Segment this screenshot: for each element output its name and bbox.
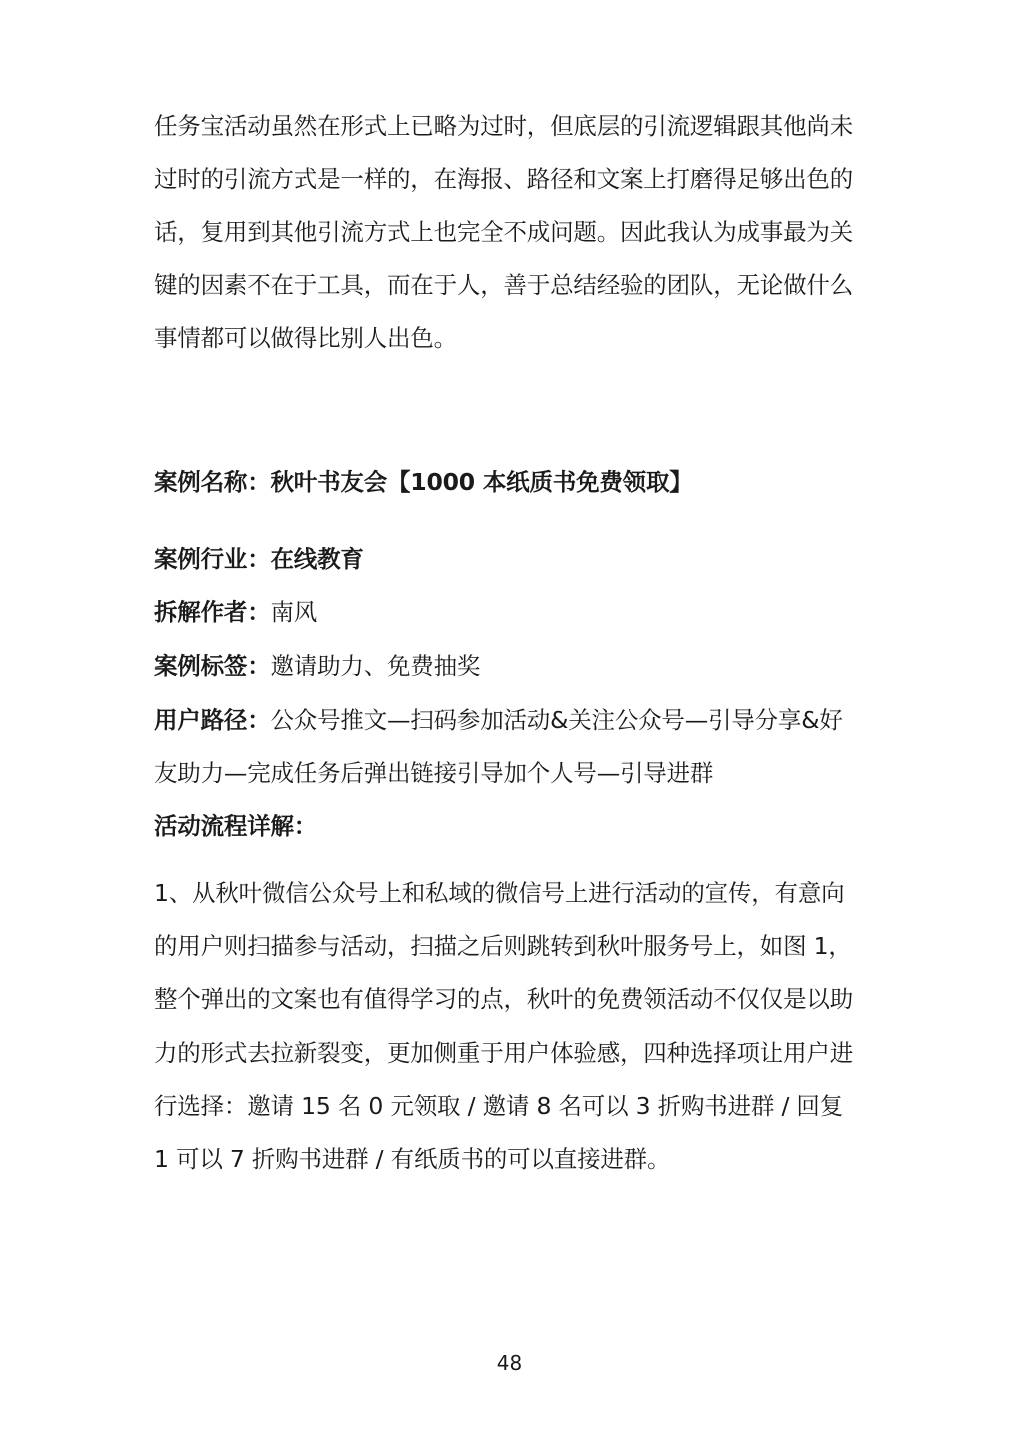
user-path-value: 公众号推文—扫码参加活动&关注公众号—引导分享&好 — [271, 706, 843, 734]
paragraph-line: 行选择：邀请 15 名 0 元领取 / 邀请 8 名可以 3 折购书进群 / 回… — [154, 1090, 843, 1122]
case-name-label: 案例名称： — [154, 468, 271, 496]
case-industry-label: 案例行业： — [154, 545, 271, 573]
paragraph-line: 1、从秋叶微信公众号上和私域的微信号上进行活动的宣传，有意向 — [154, 877, 844, 909]
paragraph-line: 事情都可以做得比别人出色。 — [154, 322, 457, 354]
case-name-value: 秋叶书友会【1000 本纸质书免费领取】 — [271, 468, 693, 496]
paragraph-line: 键的因素不在于工具，而在于人，善于总结经验的团队，无论做什么 — [154, 269, 853, 301]
page-number: 48 — [0, 1350, 1019, 1376]
process-heading: 活动流程详解： — [154, 810, 317, 842]
case-industry-row: 案例行业：在线教育 — [154, 543, 364, 575]
user-path-label: 用户路径： — [154, 706, 271, 734]
paragraph-line: 过时的引流方式是一样的，在海报、路径和文案上打磨得足够出色的 — [154, 163, 853, 195]
case-author-row: 拆解作者：南风 — [154, 596, 317, 628]
case-industry-value: 在线教育 — [271, 545, 364, 573]
paragraph-line: 整个弹出的文案也有值得学习的点，秋叶的免费领活动不仅仅是以助 — [154, 983, 853, 1015]
case-tags-value: 邀请助力、免费抽奖 — [271, 652, 481, 680]
case-author-value: 南风 — [271, 598, 318, 626]
paragraph-line: 力的形式去拉新裂变，更加侧重于用户体验感，四种选择项让用户进 — [154, 1037, 853, 1069]
case-tags-label: 案例标签： — [154, 652, 271, 680]
paragraph-line: 的用户则扫描参与活动，扫描之后则跳转到秋叶服务号上，如图 1， — [154, 930, 852, 962]
case-tags-row: 案例标签：邀请助力、免费抽奖 — [154, 650, 480, 682]
user-path-continuation: 友助力—完成任务后弹出链接引导加个人号—引导进群 — [154, 757, 713, 789]
case-author-label: 拆解作者： — [154, 598, 271, 626]
paragraph-line: 任务宝活动虽然在形式上已略为过时，但底层的引流逻辑跟其他尚未 — [154, 110, 853, 142]
paragraph-line: 话，复用到其他引流方式上也完全不成问题。因此我认为成事最为关 — [154, 216, 853, 248]
case-name-row: 案例名称：秋叶书友会【1000 本纸质书免费领取】 — [154, 466, 693, 498]
user-path-row: 用户路径：公众号推文—扫码参加活动&关注公众号—引导分享&好 — [154, 704, 843, 736]
paragraph-line: 1 可以 7 折购书进群 / 有纸质书的可以直接进群。 — [154, 1143, 670, 1175]
